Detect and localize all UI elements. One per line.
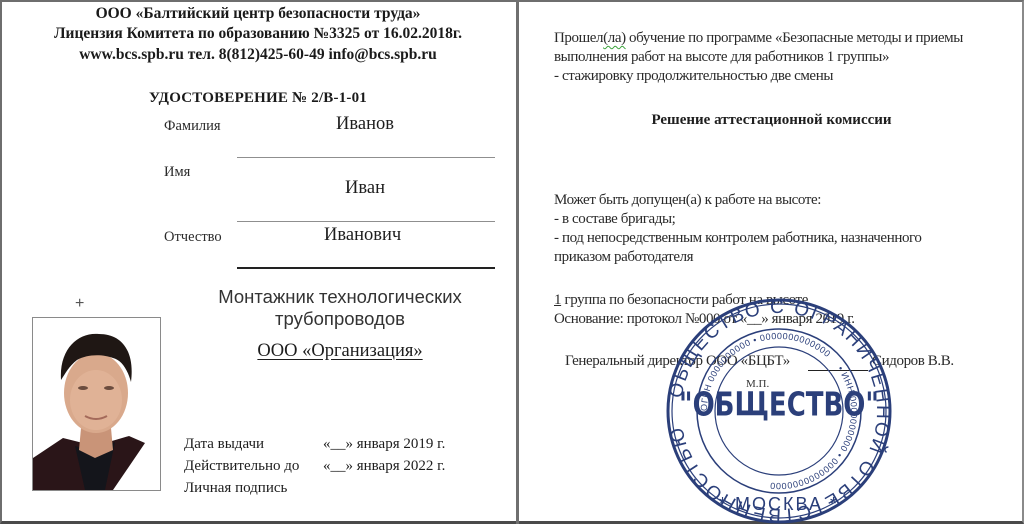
surname-underline: [237, 157, 495, 158]
name-label: Имя: [164, 164, 190, 181]
training-line-2: выполнения работ на высоте для работнико…: [554, 48, 963, 67]
issue-date-label: Дата выдачи: [184, 436, 264, 453]
patronymic-underline: [237, 267, 495, 269]
training-rest: обучение по программе «Безопасные методы…: [626, 30, 963, 46]
admission-paragraph: Может быть допущен(а) к работе на высоте…: [554, 191, 922, 267]
admission-line-3: - под непосредственным контролем работни…: [554, 229, 922, 248]
portrait-icon: [33, 318, 160, 490]
contacts-line: www.bcs.spb.ru тел. 8(812)425-60-49 info…: [0, 46, 516, 64]
training-prefix: Прошел: [554, 30, 603, 46]
admission-line-1: Может быть допущен(а) к работе на высоте…: [554, 191, 922, 210]
training-paragraph: Прошел(ла) обучение по программе «Безопа…: [554, 29, 963, 86]
position-title: Монтажник технологических трубопроводов: [190, 286, 490, 330]
training-line-3: - стажировку продолжительностью две смен…: [554, 67, 963, 86]
seal-city: * МОСКВА *: [719, 494, 839, 514]
patronymic-label: Отчество: [164, 229, 222, 246]
organization-name: ООО «Балтийский центр безопасности труда…: [0, 5, 516, 23]
company-seal-icon: ОБЩЕСТВО С ОГРАНИЧЕННОЙ ОТВЕТСТВЕННОСТЬЮ…: [663, 298, 895, 524]
license-line: Лицензия Комитета по образованию №3325 о…: [0, 25, 516, 43]
svg-text:• ИНН 0000000000 • 00000000000: • ИНН 0000000000 • 0000000000000: [769, 364, 859, 491]
valid-until-label: Действительно до: [184, 458, 299, 475]
admission-line-4: приказом работодателя: [554, 248, 922, 267]
name-underline: [237, 221, 495, 222]
name-value: Иван: [345, 178, 385, 199]
training-spell: (ла): [603, 30, 626, 46]
portrait-photo: [32, 317, 161, 491]
seal-inner-top: • ИНН 0000000000 • 0000000000000: [769, 364, 859, 491]
valid-until-value: «__» января 2022 г.: [323, 458, 445, 475]
training-line-1: Прошел(ла) обучение по программе «Безопа…: [554, 29, 963, 48]
surname-value: Иванов: [336, 114, 394, 135]
admission-line-2: - в составе бригады;: [554, 210, 922, 229]
signature-label: Личная подпись: [184, 480, 287, 497]
position-line-1: Монтажник технологических: [190, 286, 490, 308]
surname-label: Фамилия: [164, 118, 221, 135]
certificate-title: УДОСТОВЕРЕНИЕ № 2/В-1-01: [0, 90, 516, 107]
position-line-2: трубопроводов: [190, 308, 490, 330]
seal-center-text: "ОБЩЕСТВО": [679, 386, 879, 424]
patronymic-value: Иванович: [324, 225, 401, 246]
decision-title: Решение аттестационной комиссии: [519, 112, 1024, 129]
photo-plus-icon: +: [75, 295, 84, 313]
employer-name: ООО «Организация»: [190, 341, 490, 362]
page-divider: [516, 0, 519, 524]
issue-date-value: «__» января 2019 г.: [323, 436, 445, 453]
